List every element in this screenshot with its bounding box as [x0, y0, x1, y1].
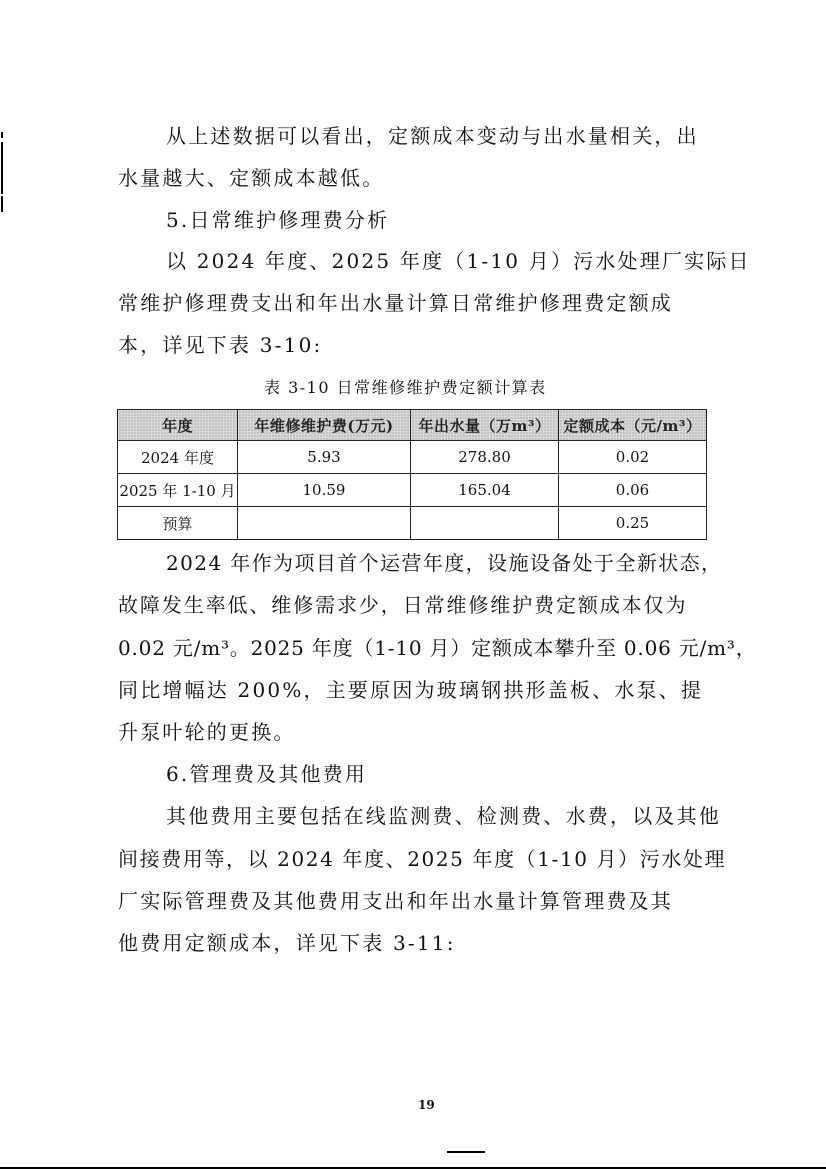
paragraph-4-line-1: 其他费用主要包括在线监测费、检测费、水费，以及其他 [166, 804, 721, 828]
header-maintenance-cost: 年维修维护费(万元) [238, 410, 411, 441]
paragraph-3-line-2: 故障发生率低、维修需求少，日常维修维护费定额成本仅为 [118, 593, 687, 617]
cell-maintenance-cost [238, 507, 411, 540]
paragraph-3-line-1: 2024 年作为项目首个运营年度，设施设备处于全新状态， [166, 551, 722, 575]
cell-maintenance-cost: 5.93 [238, 441, 411, 474]
section-heading-6: 6.管理费及其他费用 [166, 762, 367, 786]
cell-year: 预算 [118, 507, 238, 540]
paragraph-3-line-5: 升泵叶轮的更换。 [118, 720, 296, 744]
cell-water-output: 165.04 [411, 474, 559, 507]
page-number: 19 [418, 1098, 435, 1112]
paragraph-1-line-2: 水量越大、定额成本越低。 [118, 166, 384, 190]
header-year: 年度 [118, 410, 238, 441]
paragraph-3-line-3: 0.02 元/m³。2025 年度（1-10 月）定额成本攀升至 0.06 元/… [118, 636, 757, 660]
binding-margin-marks [1, 132, 3, 212]
paragraph-4-line-3: 厂实际管理费及其他费用支出和年出水量计算管理费及其 [118, 889, 673, 913]
table-row: 2024 年度 5.93 278.80 0.02 [118, 441, 707, 474]
cell-maintenance-cost: 10.59 [238, 474, 411, 507]
paragraph-3-line-4: 同比增幅达 200%，主要原因为玻璃钢拱形盖板、水泵、提 [118, 678, 703, 702]
footer-short-rule [447, 1151, 485, 1153]
paragraph-4-line-2: 间接费用等，以 2024 年度、2025 年度（1-10 月）污水处理 [118, 847, 726, 871]
header-quota-cost: 定额成本（元/m³） [559, 410, 707, 441]
table-caption: 表 3-10 日常维修维护费定额计算表 [264, 378, 547, 398]
table-header-row: 年度 年维修维护费(万元) 年出水量（万m³） 定额成本（元/m³） [118, 410, 707, 441]
paragraph-2-line-3: 本，详见下表 3-10: [118, 333, 322, 357]
paragraph-2-line-1: 以 2024 年度、2025 年度（1-10 月）污水处理厂实际日 [166, 249, 751, 273]
section-heading-5: 5.日常维护修理费分析 [166, 208, 389, 232]
header-water-output: 年出水量（万m³） [411, 410, 559, 441]
cell-year: 2025 年 1-10 月 [118, 474, 238, 507]
paragraph-4-line-4: 他费用定额成本，详见下表 3-11: [118, 931, 456, 955]
paragraph-1-line-1: 从上述数据可以看出，定额成本变动与出水量相关，出 [166, 124, 699, 148]
maintenance-quota-table: 年度 年维修维护费(万元) 年出水量（万m³） 定额成本（元/m³） 2024 … [117, 409, 707, 540]
cell-year: 2024 年度 [118, 441, 238, 474]
cell-quota-cost: 0.25 [559, 507, 707, 540]
cell-quota-cost: 0.06 [559, 474, 707, 507]
table-row: 2025 年 1-10 月 10.59 165.04 0.06 [118, 474, 707, 507]
cell-water-output [411, 507, 559, 540]
table-row: 预算 0.25 [118, 507, 707, 540]
cell-quota-cost: 0.02 [559, 441, 707, 474]
cell-water-output: 278.80 [411, 441, 559, 474]
paragraph-2-line-2: 常维护修理费支出和年出水量计算日常维护修理费定额成 [118, 291, 673, 315]
